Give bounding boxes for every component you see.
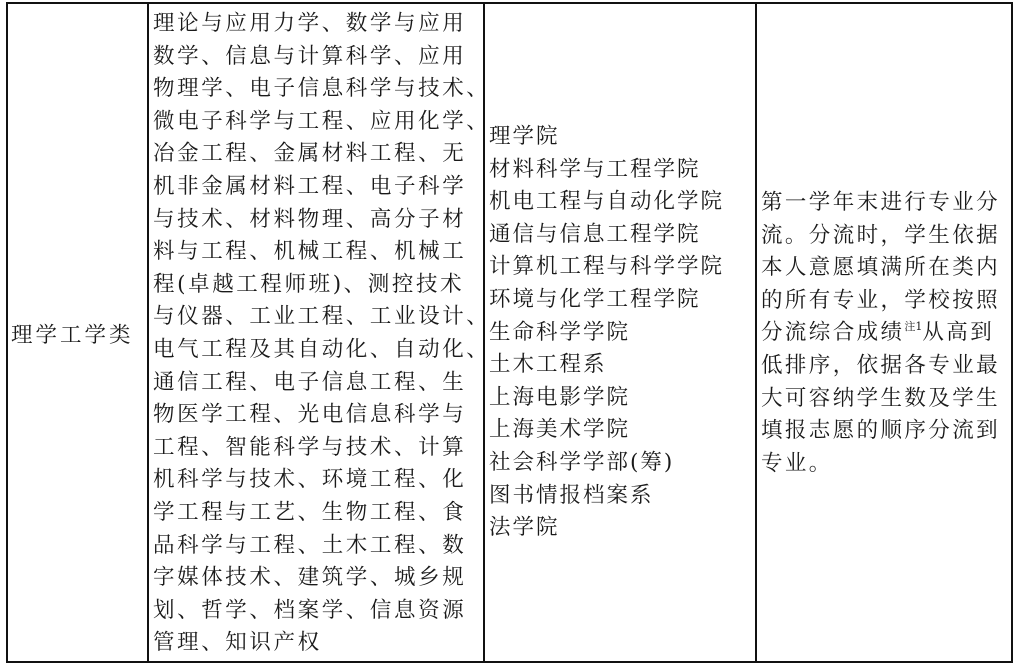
- rules-line: 低排序，依据各专业最: [761, 350, 1000, 383]
- category-cell: 理学工学类: [8, 4, 149, 661]
- majors-line: 管理、知识产权: [153, 627, 490, 660]
- college-item: 社会科学学部(筹): [489, 447, 724, 480]
- majors-cell: 理论与应用力学、数学与应用 数学、信息与计算科学、应用 物理学、电子信息科学与技…: [149, 4, 485, 661]
- rules-line: 填报志愿的顺序分流到: [761, 415, 1000, 448]
- college-item: 生命科学学院: [489, 317, 724, 350]
- college-item: 机电工程与自动化学院: [489, 186, 724, 219]
- rules-cell: 第一学年末进行专业分 流。分流时，学生依据 本人意愿填满所在类内 的所有专业，学…: [757, 4, 1011, 661]
- majors-line: 数学、信息与计算科学、应用: [153, 41, 490, 74]
- college-item: 理学院: [489, 121, 724, 154]
- majors-line: 机科学与技术、环境工程、化: [153, 464, 490, 497]
- majors-line: 物医学工程、光电信息科学与: [153, 399, 490, 432]
- majors-line: 物理学、电子信息科学与技术、: [153, 73, 490, 106]
- majors-list: 理论与应用力学、数学与应用 数学、信息与计算科学、应用 物理学、电子信息科学与技…: [153, 8, 490, 660]
- college-item: 通信与信息工程学院: [489, 219, 724, 252]
- rules-line: 流。分流时，学生依据: [761, 220, 1000, 253]
- majors-line: 与技术、材料物理、高分子材: [153, 204, 490, 237]
- category-label: 理学工学类: [11, 320, 134, 353]
- majors-line: 学工程与工艺、生物工程、食: [153, 497, 490, 530]
- college-item: 上海美术学院: [489, 414, 724, 447]
- college-item: 上海电影学院: [489, 382, 724, 415]
- rules-line: 大可容纳学生数及学生: [761, 383, 1000, 416]
- majors-line: 料与工程、机械工程、机械工: [153, 236, 490, 269]
- majors-line: 品科学与工程、土木工程、数: [153, 530, 490, 563]
- colleges-list: 理学院 材料科学与工程学院 机电工程与自动化学院 通信与信息工程学院 计算机工程…: [489, 121, 724, 545]
- rules-line: 的所有专业，学校按照: [761, 285, 1000, 318]
- rules-text-segment: 从高到: [922, 320, 994, 345]
- majors-line: 通信工程、电子信息工程、生: [153, 367, 490, 400]
- majors-line: 程(卓越工程师班)、测控技术: [153, 269, 490, 302]
- majors-line: 机非金属材料工程、电子科学: [153, 171, 490, 204]
- rules-line: 第一学年末进行专业分: [761, 187, 1000, 220]
- rules-line: 专业。: [761, 448, 1000, 481]
- rules-text-segment: 分流综合成绩: [761, 320, 904, 345]
- majors-line: 工程、智能科学与技术、计算: [153, 432, 490, 465]
- majors-line: 理论与应用力学、数学与应用: [153, 8, 490, 41]
- college-item: 环境与化学工程学院: [489, 284, 724, 317]
- allocation-rules: 第一学年末进行专业分 流。分流时，学生依据 本人意愿填满所在类内 的所有专业，学…: [761, 187, 1000, 480]
- footnote-reference: 注1: [904, 320, 922, 333]
- majors-line: 电气工程及其自动化、自动化、: [153, 334, 490, 367]
- majors-line: 字媒体技术、建筑学、城乡规: [153, 562, 490, 595]
- major-allocation-table: 理学工学类 理论与应用力学、数学与应用 数学、信息与计算科学、应用 物理学、电子…: [6, 2, 1013, 663]
- college-item: 计算机工程与科学学院: [489, 251, 724, 284]
- college-item: 土木工程系: [489, 349, 724, 382]
- college-item: 图书情报档案系: [489, 480, 724, 513]
- colleges-cell: 理学院 材料科学与工程学院 机电工程与自动化学院 通信与信息工程学院 计算机工程…: [485, 4, 757, 661]
- majors-line: 与仪器、工业工程、工业设计、: [153, 301, 490, 334]
- college-item: 材料科学与工程学院: [489, 154, 724, 187]
- majors-line: 划、哲学、档案学、信息资源: [153, 595, 490, 628]
- majors-line: 微电子科学与工程、应用化学、: [153, 106, 490, 139]
- majors-line: 冶金工程、金属材料工程、无: [153, 138, 490, 171]
- rules-line: 本人意愿填满所在类内: [761, 252, 1000, 285]
- rules-line: 分流综合成绩注1从高到: [761, 317, 1000, 350]
- college-item: 法学院: [489, 512, 724, 545]
